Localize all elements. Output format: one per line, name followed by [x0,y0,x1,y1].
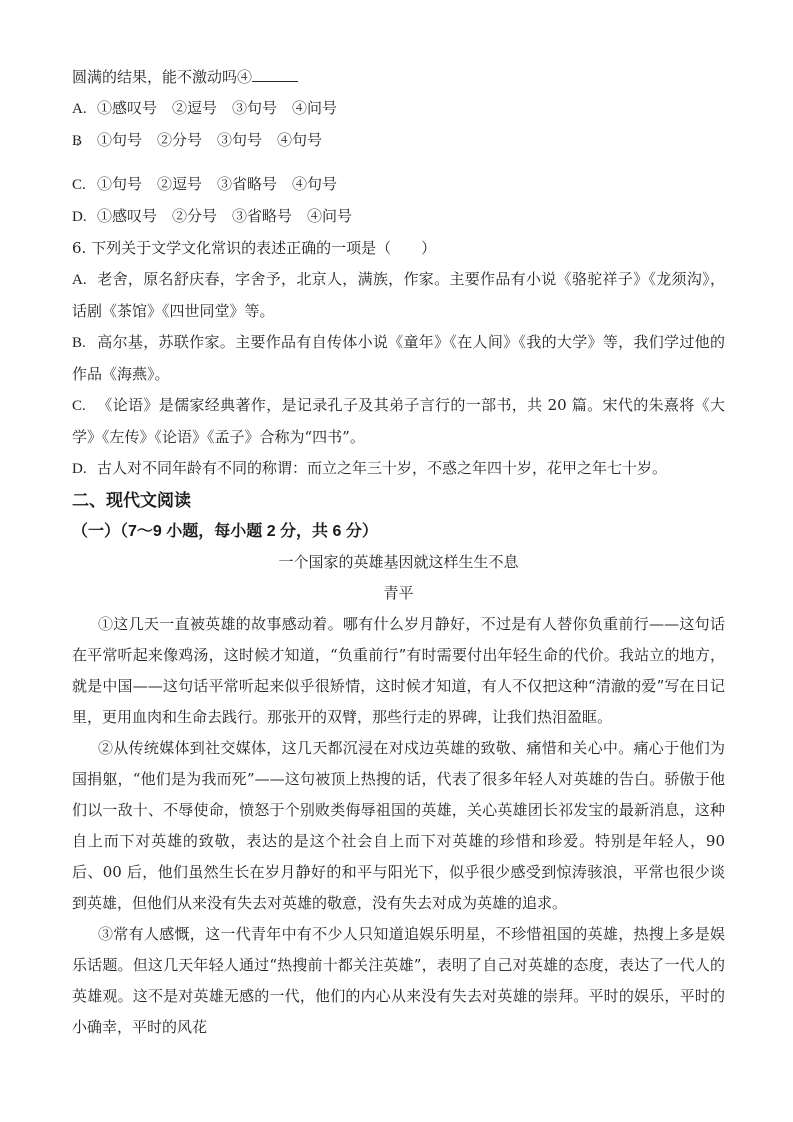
scan-artifact-mark: ' [76,141,80,156]
q5-option-d-text: ①感叹号 ②分号 ③省略号 ④问号 [97,207,352,225]
question-5-tail: 圆满的结果，能不激动吗④ [72,62,725,93]
q5-option-c-text: ①句号 ②逗号 ③省略号 ④句号 [97,175,337,193]
q6-option-c: C.《论语》是儒家经典著作，是记录孔子及其弟子言行的一部书，共 20 篇。宋代的… [72,390,725,453]
article-paragraph-1: ①这几天一直被英雄的故事感动着。哪有什么岁月静好，不过是有人替你负重前行——这句… [72,609,725,733]
article-paragraph-2: ②从传统媒体到社交媒体，这几天都沉浸在对戍边英雄的致敬、痛惜和关心中。痛心于他们… [72,733,725,919]
article-author: 青平 [72,578,725,609]
q5-option-d-label: D. [72,202,88,233]
q5-option-a: A.①感叹号 ②逗号 ③句号 ④问号 [72,93,725,125]
q5-option-a-text: ①感叹号 ②逗号 ③句号 ④问号 [97,99,337,117]
q5-option-c: C.①句号 ②逗号 ③省略号 ④句号 [72,169,725,201]
q6-option-a: A.老舍，原名舒庆春，字舍予，北京人，满族，作家。主要作品有小说《骆驼祥子》《龙… [72,264,725,327]
q5-option-b-text: ①句号 ②分号 ③句号 ④句号 [97,131,322,149]
q5-option-a-label: A. [72,94,88,125]
q6-option-d-text: 古人对不同年龄有不同的称谓：而立之年三十岁，不惑之年四十岁，花甲之年七十岁。 [97,459,667,477]
q6-option-d: D.古人对不同年龄有不同的称谓：而立之年三十岁，不惑之年四十岁，花甲之年七十岁。 [72,453,725,485]
answer-blank-underline [252,68,298,82]
q5-option-d: D.①感叹号 ②分号 ③省略号 ④问号 [72,201,725,233]
q6-option-b: B.高尔基，苏联作家。主要作品有自传体小说《童年》《在人间》《我的大学》等，我们… [72,327,725,390]
q6-option-c-text: 《论语》是儒家经典著作，是记录孔子及其弟子言行的一部书，共 20 篇。宋代的朱熹… [72,396,725,446]
section-2-heading: 二、现代文阅读 [72,485,725,516]
article-title: 一个国家的英雄基因就这样生生不息 [72,547,725,578]
q6-option-b-text: 高尔基，苏联作家。主要作品有自传体小说《童年》《在人间》《我的大学》等，我们学过… [72,333,725,383]
q6-option-a-text: 老舍，原名舒庆春，字舍予，北京人，满族，作家。主要作品有小说《骆驼祥子》《龙须沟… [72,270,725,320]
q6-option-a-label: A. [72,265,88,296]
exam-page: 圆满的结果，能不激动吗④ A.①感叹号 ②逗号 ③句号 ④问号 B①句号 ②分号… [0,0,793,1122]
q5-option-b: B①句号 ②分号 ③句号 ④句号 [72,125,725,157]
q6-option-b-label: B. [72,328,88,359]
question-5-tail-text: 圆满的结果，能不激动吗④ [72,68,252,86]
q6-stem: 6. 下列关于文学文化常识的表述正确的一项是（ ） [72,233,725,264]
q6-option-d-label: D. [72,454,88,485]
article-paragraph-3: ③常有人感慨，这一代青年中有不少人只知道追娱乐明星，不珍惜祖国的英雄，热搜上多是… [72,919,725,1043]
q6-option-c-label: C. [72,391,88,422]
q5-option-c-label: C. [72,170,88,201]
q5-option-b-label: B [72,126,88,157]
section-2-subheading: （一）（7～9 小题，每小题 2 分，共 6 分） [72,516,725,547]
